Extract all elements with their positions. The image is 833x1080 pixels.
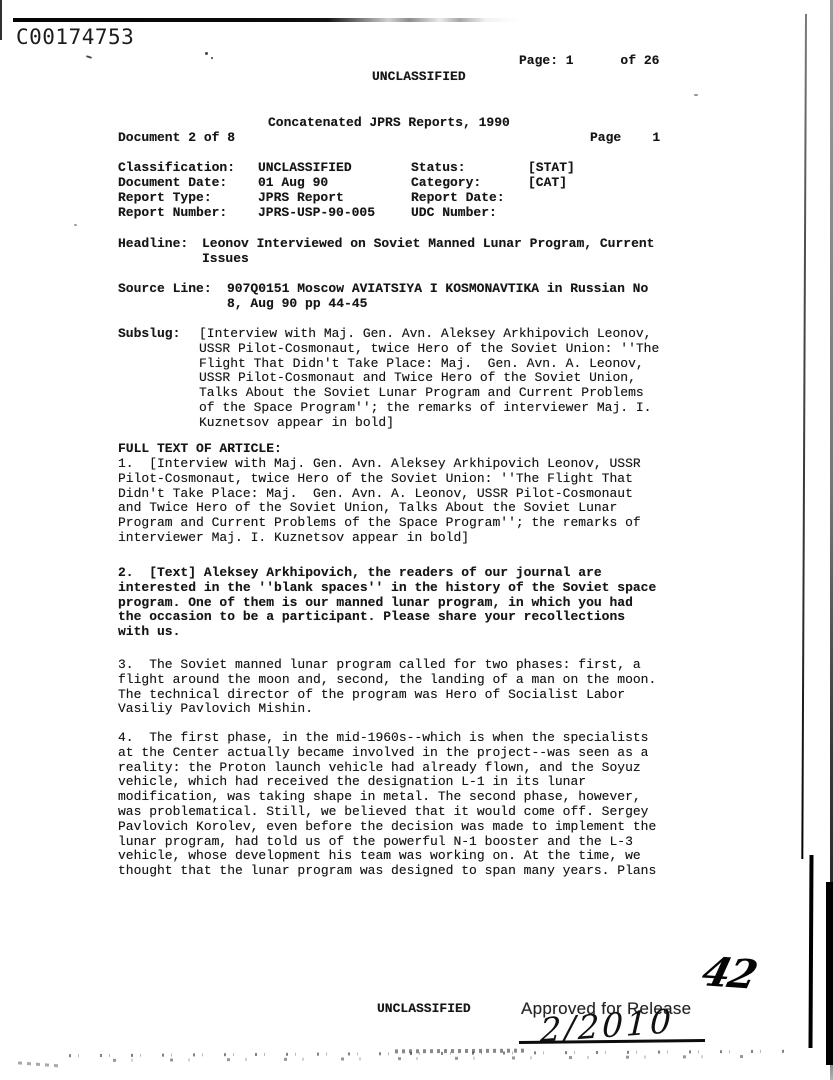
metadata-value: [528, 205, 575, 220]
scan-speck: [205, 52, 208, 55]
scan-speck: [211, 57, 213, 59]
headline-text: Leonov Interviewed on Soviet Manned Luna…: [202, 237, 682, 267]
article-paragraph-2: 2. [Text] Aleksey Arkhipovich, the reade…: [118, 566, 683, 640]
right-scan-bar: [808, 855, 813, 1048]
scan-speck: [86, 55, 92, 59]
metadata-label: Status:: [411, 160, 528, 175]
source-line-label: Source Line:: [118, 282, 212, 297]
right-scan-line: [801, 14, 807, 859]
page-indicator: Page: 1 of 26: [519, 54, 659, 69]
document-id-stamp: C00174753: [16, 25, 134, 49]
classification-banner-bottom: UNCLASSIFIED: [377, 1002, 471, 1017]
source-line-text: 907Q0151 Moscow AVIATSIYA I KOSMONAVTIKA…: [227, 282, 687, 312]
article-paragraph-1: 1. [Interview with Maj. Gen. Avn. Alekse…: [118, 457, 683, 546]
metadata-value: JPRS-USP-90-005: [258, 205, 411, 220]
scanner-noise-strip: [18, 1061, 63, 1067]
left-edge-scan-mark: [0, 0, 2, 40]
article-paragraph-3: 3. The Soviet manned lunar program calle…: [118, 658, 683, 717]
metadata-label: Report Number:: [118, 205, 258, 220]
metadata-label: Category:: [411, 175, 528, 190]
right-edge-bar: [826, 882, 833, 1065]
metadata-value: JPRS Report: [258, 190, 411, 205]
metadata-label: Classification:: [118, 160, 258, 175]
document-index: Document 2 of 8: [118, 131, 235, 146]
page-label: Page 1: [590, 131, 660, 146]
page-number-handwriting: 42: [697, 949, 760, 999]
metadata-label: Report Type:: [118, 190, 258, 205]
metadata-value: [STAT]: [528, 160, 575, 175]
classification-banner-top: UNCLASSIFIED: [372, 70, 466, 85]
subslug-text: [Interview with Maj. Gen. Avn. Aleksey A…: [199, 327, 679, 431]
metadata-label: Report Date:: [411, 190, 528, 205]
metadata-value: UNCLASSIFIED: [258, 160, 411, 175]
subslug-label: Subslug:: [118, 327, 180, 342]
full-text-heading: FULL TEXT OF ARTICLE:: [118, 442, 282, 457]
scan-speck: [74, 224, 77, 226]
metadata-value: [CAT]: [528, 175, 575, 190]
top-scan-line: [13, 18, 521, 22]
scan-speck: [694, 94, 698, 96]
report-title: Concatenated JPRS Reports, 1990: [268, 116, 510, 131]
metadata-label: Document Date:: [118, 175, 258, 190]
metadata-value: [528, 190, 575, 205]
metadata-value: 01 Aug 90: [258, 175, 411, 190]
scanned-document-page: C00174753 Page: 1 of 26 UNCLASSIFIED Con…: [0, 0, 833, 1080]
headline-label: Headline:: [118, 237, 188, 252]
article-paragraph-4: 4. The first phase, in the mid-1960s--wh…: [118, 731, 683, 879]
metadata-label: UDC Number:: [411, 205, 528, 220]
metadata-table: Classification: UNCLASSIFIED Status: [ST…: [118, 160, 575, 220]
scanner-noise-strip: [395, 1049, 525, 1054]
